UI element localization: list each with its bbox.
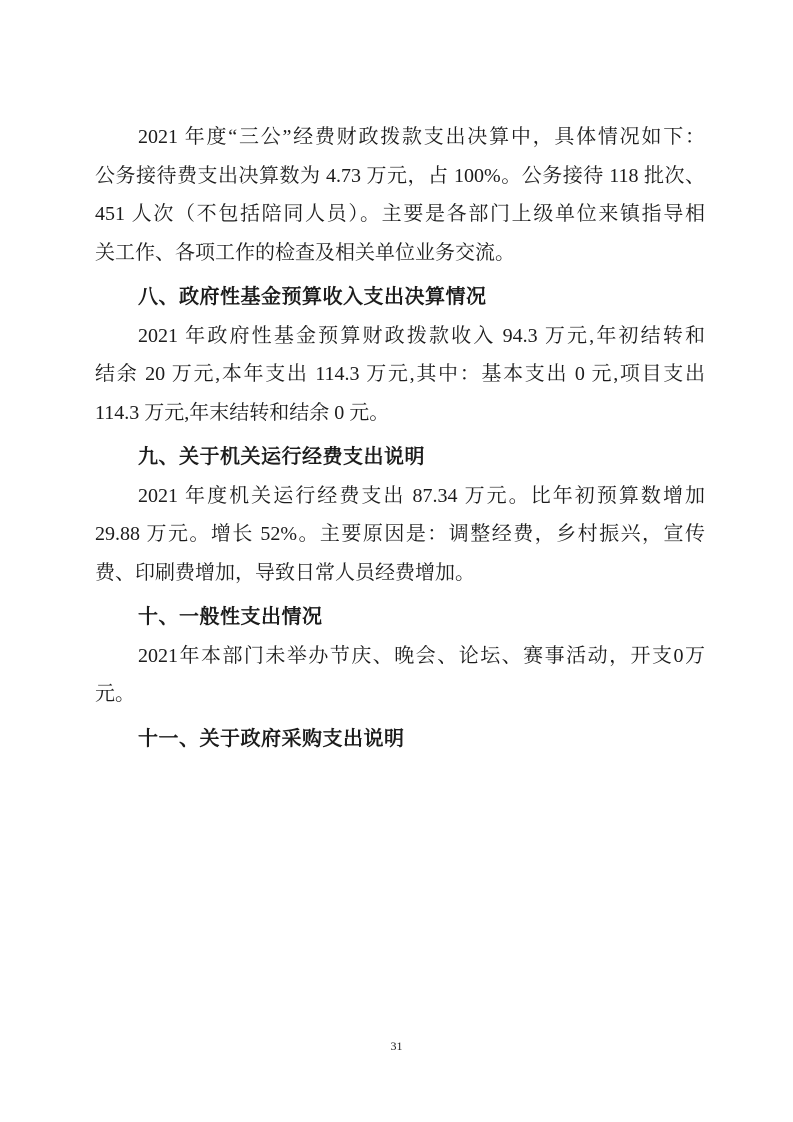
heading-section-11: 十一、关于政府采购支出说明	[95, 720, 705, 759]
text-line: 2021年本部门未举办节庆、晚会、论坛、赛事活动，开支0万	[95, 637, 705, 676]
heading-section-9: 九、关于机关运行经费支出说明	[95, 438, 705, 477]
para-operating-expense: 2021 年度机关运行经费支出 87.34 万元。比年初预算数增加29.88 万…	[95, 477, 705, 593]
text-line: 2021 年度机关运行经费支出 87.34 万元。比年初预算数增加	[95, 477, 705, 516]
text-line: 公务接待费支出决算数为 4.73 万元，占 100%。公务接待 118 批次、	[95, 157, 705, 196]
page-number: 31	[0, 1038, 793, 1054]
heading-section-8: 八、政府性基金预算收入支出决算情况	[95, 278, 705, 317]
text-line: 451 人次（不包括陪同人员）。主要是各部门上级单位来镇指导相	[95, 195, 705, 234]
heading-section-10: 十、一般性支出情况	[95, 598, 705, 637]
text-line: 2021 年度“三公”经费财政拨款支出决算中，具体情况如下：	[95, 118, 705, 157]
para-sangong-reception: 2021 年度“三公”经费财政拨款支出决算中，具体情况如下：公务接待费支出决算数…	[95, 118, 705, 272]
document-body: 2021 年度“三公”经费财政拨款支出决算中，具体情况如下：公务接待费支出决算数…	[95, 118, 705, 758]
text-line: 114.3 万元,年末结转和结余 0 元。	[95, 394, 705, 433]
para-govt-fund-budget: 2021 年政府性基金预算财政拨款收入 94.3 万元,年初结转和结余 20 万…	[95, 317, 705, 433]
text-line: 2021 年政府性基金预算财政拨款收入 94.3 万元,年初结转和	[95, 317, 705, 356]
text-line: 29.88 万元。增长 52%。主要原因是：调整经费，乡村振兴，宣传	[95, 515, 705, 554]
text-line: 关工作、各项工作的检查及相关单位业务交流。	[95, 234, 705, 273]
text-line: 元。	[95, 675, 705, 714]
text-line: 结余 20 万元,本年支出 114.3 万元,其中：基本支出 0 元,项目支出	[95, 355, 705, 394]
text-line: 费、印刷费增加，导致日常人员经费增加。	[95, 554, 705, 593]
document-page: 2021 年度“三公”经费财政拨款支出决算中，具体情况如下：公务接待费支出决算数…	[0, 0, 793, 1122]
para-general-expense: 2021年本部门未举办节庆、晚会、论坛、赛事活动，开支0万元。	[95, 637, 705, 714]
